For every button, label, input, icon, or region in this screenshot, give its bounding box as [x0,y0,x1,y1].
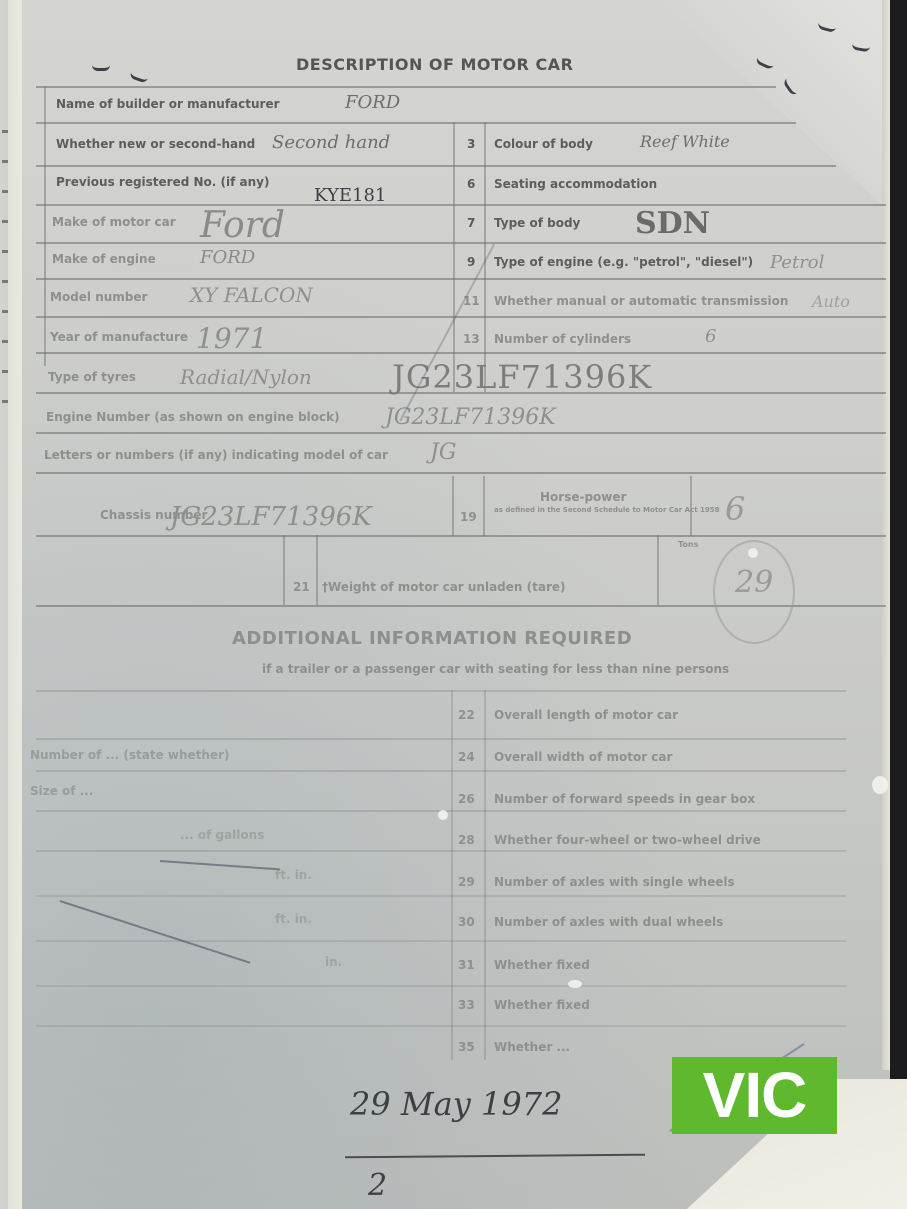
field-label: Size of ... [30,784,93,798]
field-label: Number of cylinders [494,332,631,346]
field-label: Engine Number (as shown on engine block) [46,410,340,424]
field-sublabel: as defined in the Second Schedule to Mot… [494,506,719,514]
field-value: 6 [725,490,745,528]
field-number: 31 [458,958,475,972]
field-label: Colour of body [494,137,593,151]
field-label: †Weight of motor car unladen (tare) [322,580,566,594]
field-value: JG23LF71396K [170,502,372,532]
vic-badge: VIC [672,1057,837,1134]
field-value: XY FALCON [190,283,313,307]
field-value: Reef White [640,132,730,151]
field-value: Auto [812,292,850,311]
field-label: ... of gallons [180,828,264,842]
field-label: Type of tyres [48,370,136,384]
field-label: Overall width of motor car [494,750,672,764]
field-label: in. [325,955,342,969]
field-label: Name of builder or manufacturer [56,97,280,111]
handwritten-date: 29 May 1972 [350,1085,562,1123]
field-value: Radial/Nylon [180,365,312,389]
field-number: 35 [458,1040,475,1054]
field-label: Whether ... [494,1040,570,1054]
field-label: Year of manufacture [50,330,188,344]
field-value: 6 [705,326,716,347]
field-label: ft. in. [275,912,312,926]
field-label: Previous registered No. (if any) [56,175,269,189]
field-number: 9 [467,255,475,269]
field-value: FORD [200,247,255,268]
field-label: Whether new or second-hand [56,137,255,151]
field-number: 13 [463,332,480,346]
field-value: JG [430,440,456,465]
field-number: 3 [467,137,475,151]
field-value: Petrol [770,252,824,273]
field-value: Ford [200,205,285,246]
field-label: Whether fixed [494,958,590,972]
field-label: Type of body [494,216,580,230]
field-value: SDN [635,206,710,241]
field-value: 29 [735,565,773,600]
field-label: Number of ... (state whether) [30,748,230,762]
field-label: Number of forward speeds in gear box [494,792,755,806]
field-label: Model number [50,290,147,304]
field-number: 30 [458,915,475,929]
unit-label: Tons [678,540,698,549]
field-label: ft. in. [275,868,312,882]
field-number: 26 [458,792,475,806]
field-value: Second hand [272,132,390,153]
document-title: DESCRIPTION OF MOTOR CAR [296,55,573,74]
field-number: 7 [467,216,475,230]
field-number: 19 [460,510,477,524]
field-number: 6 [467,177,475,191]
section-subtitle: if a trailer or a passenger car with sea… [262,662,729,676]
field-number: 22 [458,708,475,722]
field-number: 24 [458,750,475,764]
field-label: Overall length of motor car [494,708,678,722]
field-number: 33 [458,998,475,1012]
field-number: 21 [293,580,310,594]
field-label: Number of axles with single wheels [494,875,735,889]
field-number: 29 [458,875,475,889]
field-value: FORD [345,92,400,113]
field-label: Whether manual or automatic transmission [494,294,788,308]
section-title: ADDITIONAL INFORMATION REQUIRED [232,628,632,649]
field-label: Whether fixed [494,998,590,1012]
field-value: 1971 [196,322,267,355]
staple-icon [92,62,110,71]
field-label: Letters or numbers (if any) indicating m… [44,448,388,462]
field-value: KYE181 [314,185,386,206]
field-label: Make of engine [52,252,156,266]
field-label: Whether four-wheel or two-wheel drive [494,833,761,847]
field-label: Type of engine (e.g. "petrol", "diesel") [494,255,753,269]
field-number: 28 [458,833,475,847]
field-value: JG23LF71396K [385,405,556,430]
field-label: Seating accommodation [494,177,657,191]
handwritten-page-number: 2 [368,1168,387,1203]
field-label: Horse-power [540,490,626,504]
field-label: Number of axles with dual wheels [494,915,723,929]
field-label: Make of motor car [52,215,176,229]
